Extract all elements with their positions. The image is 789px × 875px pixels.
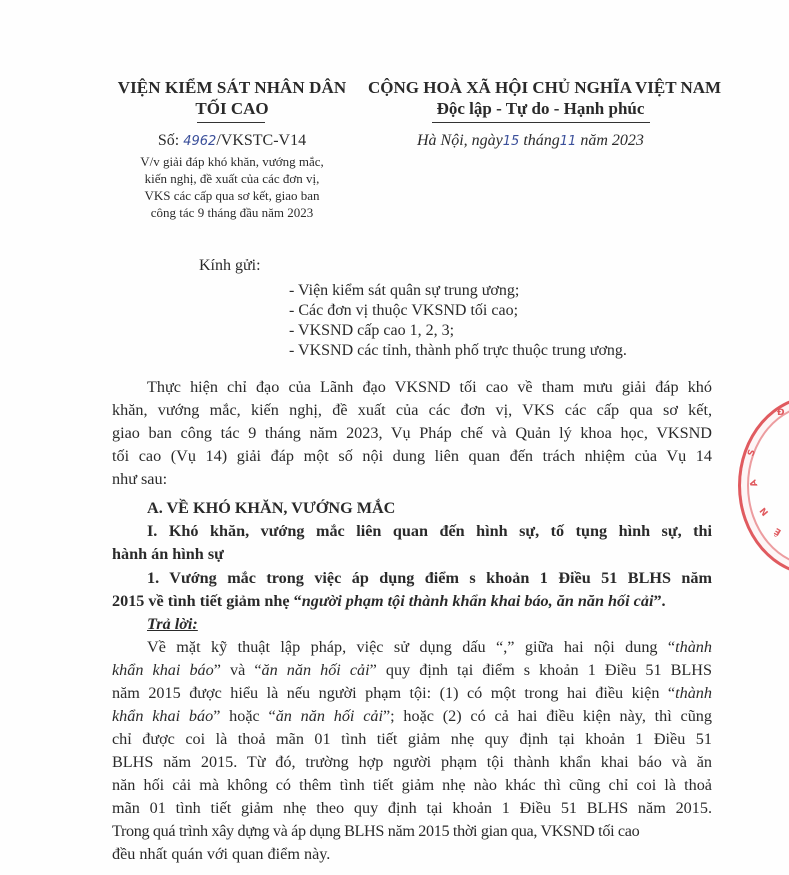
answer-line: khẩn khai báo” hoặc “ăn năn hối cải”; ho… bbox=[112, 707, 712, 726]
answer-line: năn hối cải mà không có thêm tình tiết g… bbox=[112, 776, 712, 795]
date-month-handwritten: 11 bbox=[560, 134, 577, 149]
subsection-i-heading: I. Khó khăn, vướng mắc liên quan đến hìn… bbox=[147, 522, 712, 541]
subsection-i-heading-cont: hành án hình sự bbox=[112, 545, 712, 564]
answer-label: Trả lời: bbox=[147, 615, 712, 634]
national-title: CỘNG HOÀ XÃ HỘI CHỦ NGHĨA VIỆT NAM bbox=[368, 78, 713, 98]
document-number-handwritten: 4962 bbox=[183, 134, 216, 149]
answer-quote: thành bbox=[675, 638, 712, 656]
answer-quote: khẩn khai báo bbox=[112, 707, 213, 725]
date-place: Hà Nội, ngày bbox=[417, 132, 503, 149]
subject-line: công tác 9 tháng đầu năm 2023 bbox=[92, 204, 372, 221]
answer-line: BLHS năm 2015. Từ đó, trường hợp người p… bbox=[112, 753, 712, 772]
answer-line: mãn 01 tình tiết giảm nhẹ theo quy định … bbox=[112, 799, 712, 818]
stamp-letter: N bbox=[759, 505, 772, 517]
document-page: VIỆN KIỂM SÁT NHÂN DÂN TỐI CAO CỘNG HOÀ … bbox=[0, 0, 789, 875]
agency-name-line2: TỐI CAO bbox=[92, 99, 372, 119]
answer-line: chỉ được coi là thoả mãn 01 tình tiết gi… bbox=[112, 730, 712, 749]
answer-line: khẩn khai báo” và “ăn năn hối cải” quy đ… bbox=[112, 661, 712, 680]
agency-name-line1: VIỆN KIỂM SÁT NHÂN DÂN bbox=[92, 78, 372, 98]
answer-quote: thành bbox=[675, 684, 712, 702]
intro-line: giao ban công tác 9 tháng năm 2023, Vụ P… bbox=[112, 424, 712, 443]
answer-line: Về mặt kỹ thuật lập pháp, việc sử dụng d… bbox=[147, 638, 712, 657]
subject-line: kiến nghị, đề xuất của các đơn vị, bbox=[92, 170, 372, 187]
recipient-item: - VKSND cấp cao 1, 2, 3; bbox=[289, 322, 454, 340]
agency-underline bbox=[197, 122, 265, 123]
recipient-item: - VKSND các tỉnh, thành phố trực thuộc t… bbox=[289, 342, 627, 360]
answer-line: đều nhất quán với quan điểm này. bbox=[112, 845, 712, 864]
answer-quote: khẩn khai báo bbox=[112, 661, 214, 679]
document-number: Số: 4962/VKSTC-V14 bbox=[92, 132, 372, 150]
answer-text: năm 2015 được hiểu là nếu người phạm tội… bbox=[112, 684, 675, 702]
answer-text: Về mặt kỹ thuật lập pháp, việc sử dụng d… bbox=[147, 638, 675, 656]
item-1-heading-prefix: 2015 về tình tiết giảm nhẹ “ bbox=[112, 592, 302, 610]
intro-line: như sau: bbox=[112, 470, 712, 489]
stamp-letter: A bbox=[749, 478, 761, 488]
official-seal-stamp: Đ S A N Ê bbox=[738, 395, 789, 576]
item-1-heading-cont: 2015 về tình tiết giảm nhẹ “người phạm t… bbox=[112, 592, 712, 611]
stamp-letter: Đ bbox=[777, 408, 785, 418]
answer-text: ” quy định tại điểm s khoản 1 Điều 51 BL… bbox=[370, 661, 712, 679]
stamp-letter: Ê bbox=[773, 525, 783, 537]
intro-line: tối cao (Vụ 14) giải đáp một số nội dung… bbox=[112, 447, 712, 466]
national-motto: Độc lập - Tự do - Hạnh phúc bbox=[368, 99, 713, 119]
answer-quote: ăn năn hối cải bbox=[276, 707, 383, 725]
subject-line: VKS các cấp qua sơ kết, giao ban bbox=[92, 187, 372, 204]
subject-block: V/v giải đáp khó khăn, vướng mắc, kiến n… bbox=[92, 153, 372, 221]
intro-line: khăn, vướng mắc, kiến nghị, đề xuất của … bbox=[112, 401, 712, 420]
answer-line: Trong quá trình xây dựng và áp dụng BLHS… bbox=[112, 822, 712, 841]
item-1-heading-quote: người phạm tội thành khẩn khai báo, ăn n… bbox=[302, 592, 654, 610]
date-year: năm 2023 bbox=[576, 132, 644, 149]
answer-text: ”; hoặc (2) có cả hai điều kiện này, thì… bbox=[383, 707, 712, 725]
stamp-letter: S bbox=[746, 448, 758, 458]
answer-quote: ăn năn hối cải bbox=[262, 661, 370, 679]
intro-line: Thực hiện chỉ đạo của Lãnh đạo VKSND tối… bbox=[147, 378, 712, 397]
item-1-heading-suffix: ”. bbox=[653, 592, 665, 610]
subject-line: V/v giải đáp khó khăn, vướng mắc, bbox=[92, 153, 372, 170]
section-a-title: A. VỀ KHÓ KHĂN, VƯỚNG MẮC bbox=[147, 499, 712, 518]
recipient-item: - Các đơn vị thuộc VKSND tối cao; bbox=[289, 302, 518, 320]
document-number-suffix: /VKSTC-V14 bbox=[216, 132, 306, 149]
answer-text: ” và “ bbox=[214, 661, 262, 679]
date-day-handwritten: 15 bbox=[503, 134, 520, 149]
answer-text: ” hoặc “ bbox=[213, 707, 276, 725]
item-1-heading: 1. Vướng mắc trong việc áp dụng điểm s k… bbox=[147, 569, 712, 588]
motto-underline bbox=[432, 122, 650, 123]
date-line: Hà Nội, ngày15 tháng11 năm 2023 bbox=[417, 132, 644, 150]
document-number-prefix: Số: bbox=[158, 132, 183, 149]
date-month-label: tháng bbox=[519, 132, 559, 149]
recipients-label: Kính gửi: bbox=[199, 257, 261, 275]
answer-line: năm 2015 được hiểu là nếu người phạm tội… bbox=[112, 684, 712, 703]
recipient-item: - Viện kiểm sát quân sự trung ương; bbox=[289, 282, 519, 300]
